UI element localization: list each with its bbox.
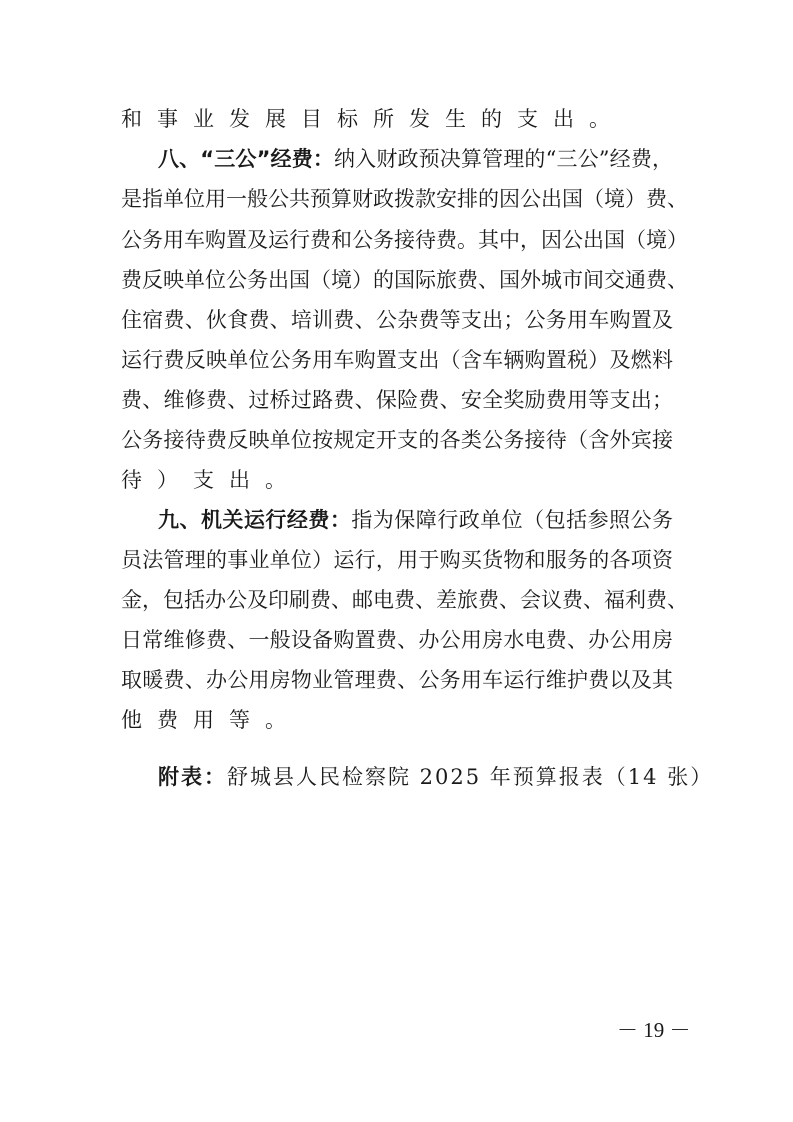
- body-text: 费、维修费、过桥过路费、保险费、安全奖励费用等支出；: [121, 388, 673, 412]
- section-9-first-line: 九、机关运行经费：指为保障行政单位（包括参照公务: [158, 505, 673, 535]
- section-8-line: 公务接待费反映单位按规定开支的各类公务接待（含外宾接: [121, 425, 673, 455]
- section-9-line: 日常维修费、一般设备购置费、办公用房水电费、办公用房: [121, 625, 673, 655]
- attachment-label: 附表：: [158, 765, 227, 789]
- section-8-line: 是指单位用一般公共预算财政拨款安排的因公出国（境）费、: [121, 184, 673, 214]
- attachment-line: 附表：舒城县人民检察院 2025 年预算报表（14 张）: [158, 762, 713, 792]
- section-9-line: 员法管理的事业单位）运行，用于购买货物和服务的各项资: [121, 545, 673, 575]
- section-9-heading: 九、机关运行经费：: [158, 508, 351, 532]
- section-8-first-line: 八、“三公”经费：纳入财政预决算管理的“三公”经费，: [158, 144, 673, 174]
- page-number: － 19 －: [617, 1015, 691, 1045]
- body-text: 金，包括办公及印刷费、邮电费、差旅费、会议费、福利费、: [121, 588, 688, 612]
- section-8-line: 公务用车购置及运行费和公务接待费。其中，因公出国（境）: [121, 225, 673, 255]
- body-text: 员法管理的事业单位）运行，用于购买货物和服务的各项资: [121, 548, 673, 572]
- section-8-line: 住宿费、伙食费、培训费、公杂费等支出；公务用车购置及: [121, 305, 673, 335]
- body-text: 费反映单位公务出国（境）的国际旅费、国外城市间交通费、: [121, 268, 688, 292]
- paragraph-continuation-line: 和事业发展目标所发生的支出。: [121, 104, 673, 134]
- section-8-line: 运行费反映单位公务用车购置支出（含车辆购置税）及燃料: [121, 345, 673, 375]
- section-9-line: 取暖费、办公用房物业管理费、公务用车运行维护费以及其: [121, 665, 673, 695]
- body-text: 待）支出。: [121, 468, 301, 492]
- section-9-line: 金，包括办公及印刷费、邮电费、差旅费、会议费、福利费、: [121, 585, 673, 615]
- section-8-line: 待）支出。: [121, 465, 673, 495]
- body-text: 是指单位用一般公共预算财政拨款安排的因公出国（境）费、: [121, 187, 688, 211]
- section-8-heading: 八、“三公”经费：: [158, 147, 334, 171]
- body-text: 纳入财政预决算管理的“三公”经费，: [334, 147, 673, 171]
- body-text: 他费用等。: [121, 708, 301, 732]
- section-8-line: 费反映单位公务出国（境）的国际旅费、国外城市间交通费、: [121, 265, 673, 295]
- body-text: 日常维修费、一般设备购置费、办公用房水电费、办公用房: [121, 628, 673, 652]
- attachment-text: 舒城县人民检察院 2025 年预算报表（14 张）: [227, 765, 713, 789]
- section-9-line: 他费用等。: [121, 705, 673, 735]
- body-text: 取暖费、办公用房物业管理费、公务用车运行维护费以及其: [121, 668, 673, 692]
- section-8-line: 费、维修费、过桥过路费、保险费、安全奖励费用等支出；: [121, 385, 673, 415]
- document-page: 和事业发展目标所发生的支出。 八、“三公”经费：纳入财政预决算管理的“三公”经费…: [0, 0, 793, 1122]
- body-text: 公务用车购置及运行费和公务接待费。其中，因公出国（境）: [121, 228, 688, 252]
- body-text: 指为保障行政单位（包括参照公务: [351, 508, 673, 532]
- body-text: 和事业发展目标所发生的支出。: [121, 107, 625, 131]
- body-text: 运行费反映单位公务用车购置支出（含车辆购置税）及燃料: [121, 348, 673, 372]
- body-text: 公务接待费反映单位按规定开支的各类公务接待（含外宾接: [121, 428, 673, 452]
- body-text: 住宿费、伙食费、培训费、公杂费等支出；公务用车购置及: [121, 308, 673, 332]
